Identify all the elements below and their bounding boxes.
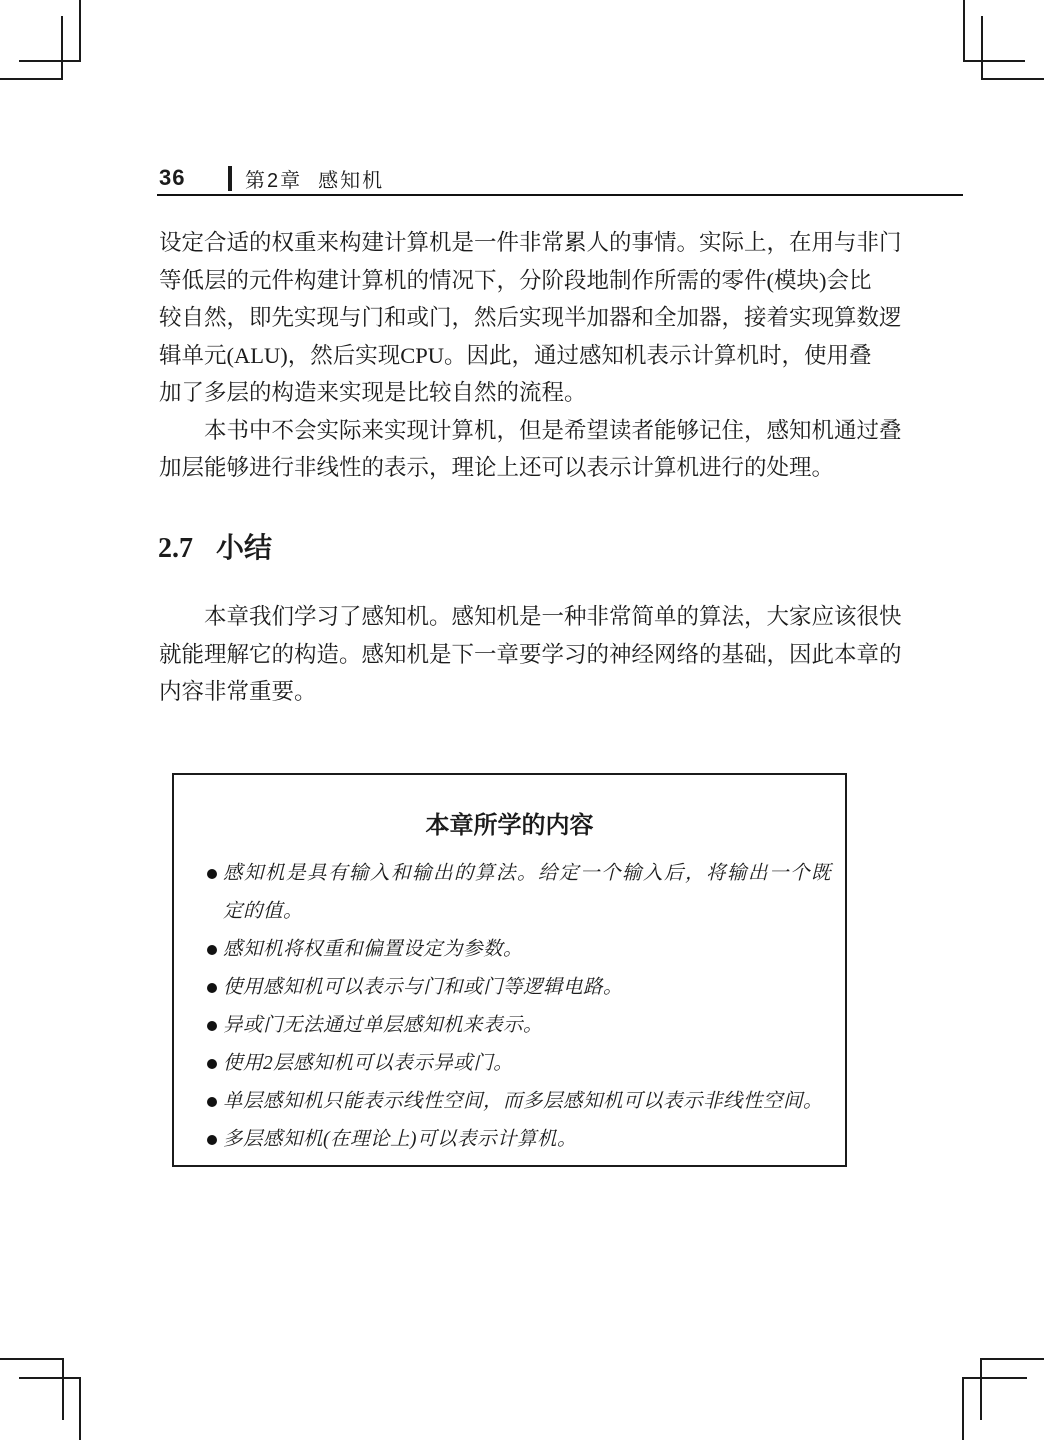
summary-bullet-item: 感知机是具有输入和输出的算法。给定一个输入后，将输出一个既定的值。 (223, 855, 831, 931)
bullet-dot-icon (207, 945, 217, 955)
book-page: 36 第2章 感知机 设定合适的权重来构建计算机是一件非常累人的事情。实际上，在… (0, 0, 1044, 1440)
body-text-line: 本书中不会实际来实现计算机，但是希望读者能够记住，感知机通过叠 (159, 412, 849, 450)
summary-bullet-item: 多层感知机(在理论上)可以表示计算机。 (223, 1121, 831, 1159)
chapter-title: 感知机 (318, 164, 384, 193)
body-text-line: 辑单元(ALU)，然后实现CPU。因此，通过感知机表示计算机时，使用叠 (159, 337, 849, 375)
body-text-line: 就能理解它的构造。感知机是下一章要学习的神经网络的基础，因此本章的 (159, 636, 849, 674)
body-text-line: 较自然，即先实现与门和或门，然后实现半加器和全加器，接着实现算数逻 (159, 299, 849, 337)
body-text-line: 等低层的元件构建计算机的情况下，分阶段地制作所需的零件(模块)会比 (159, 262, 849, 300)
bullet-dot-icon (207, 1135, 217, 1145)
bullet-dot-icon (207, 1021, 217, 1031)
body-text-line: 加了多层的构造来实现是比较自然的流程。 (159, 374, 849, 412)
body-text-line: 本章我们学习了感知机。感知机是一种非常简单的算法，大家应该很快 (159, 598, 849, 636)
summary-bullet-line: 感知机将权重和偏置设定为参数。 (223, 931, 831, 969)
summary-bullet-item: 感知机将权重和偏置设定为参数。 (223, 931, 831, 969)
chapter-label: 第2章 (245, 164, 302, 193)
section-title: 小结 (216, 532, 272, 563)
section-heading: 2.7小结 (158, 531, 272, 567)
summary-bullet-line: 使用2层感知机可以表示异或门。 (223, 1045, 831, 1083)
summary-bullet-item: 使用感知机可以表示与门和或门等逻辑电路。 (223, 969, 831, 1007)
summary-bullet-line: 使用感知机可以表示与门和或门等逻辑电路。 (223, 969, 831, 1007)
body-paragraphs: 设定合适的权重来构建计算机是一件非常累人的事情。实际上，在用与非门等低层的元件构… (159, 224, 849, 487)
summary-bullet-line: 单层感知机只能表示线性空间，而多层感知机可以表示非线性空间。 (223, 1083, 831, 1121)
bullet-dot-icon (207, 1097, 217, 1107)
summary-bullet-line: 多层感知机(在理论上)可以表示计算机。 (223, 1121, 831, 1159)
chapter-summary-box: 本章所学的内容 感知机是具有输入和输出的算法。给定一个输入后，将输出一个既定的值… (172, 773, 847, 1167)
body-text-line: 设定合适的权重来构建计算机是一件非常累人的事情。实际上，在用与非门 (159, 224, 849, 262)
header-divider-bar (228, 166, 232, 191)
crop-mark-bottom-right-outer (962, 1377, 1027, 1440)
bullet-dot-icon (207, 983, 217, 993)
body-text-line: 内容非常重要。 (159, 673, 849, 711)
bullet-dot-icon (207, 869, 217, 879)
section-number: 2.7 (158, 533, 193, 564)
summary-bullet-line: 定的值。 (223, 893, 831, 931)
summary-box-title: 本章所学的内容 (174, 809, 845, 843)
summary-bullet-line: 异或门无法通过单层感知机来表示。 (223, 1007, 831, 1045)
summary-paragraphs: 本章我们学习了感知机。感知机是一种非常简单的算法，大家应该很快就能理解它的构造。… (159, 598, 849, 711)
header-rule (157, 194, 963, 196)
page-number: 36 (159, 165, 228, 191)
summary-bullet-item: 单层感知机只能表示线性空间，而多层感知机可以表示非线性空间。 (223, 1083, 831, 1121)
body-text-line: 加层能够进行非线性的表示，理论上还可以表示计算机进行的处理。 (159, 449, 849, 487)
summary-bullet-item: 异或门无法通过单层感知机来表示。 (223, 1007, 831, 1045)
crop-mark-top-left-inner (0, 16, 63, 80)
summary-bullet-item: 使用2层感知机可以表示异或门。 (223, 1045, 831, 1083)
summary-bullet-list: 感知机是具有输入和输出的算法。给定一个输入后，将输出一个既定的值。感知机将权重和… (174, 855, 845, 1159)
bullet-dot-icon (207, 1059, 217, 1069)
running-head: 36 第2章 感知机 (159, 163, 965, 193)
crop-mark-bottom-left-outer (19, 1377, 81, 1440)
summary-bullet-line: 感知机是具有输入和输出的算法。给定一个输入后，将输出一个既 (223, 855, 831, 893)
crop-mark-top-right-inner (981, 16, 1044, 80)
